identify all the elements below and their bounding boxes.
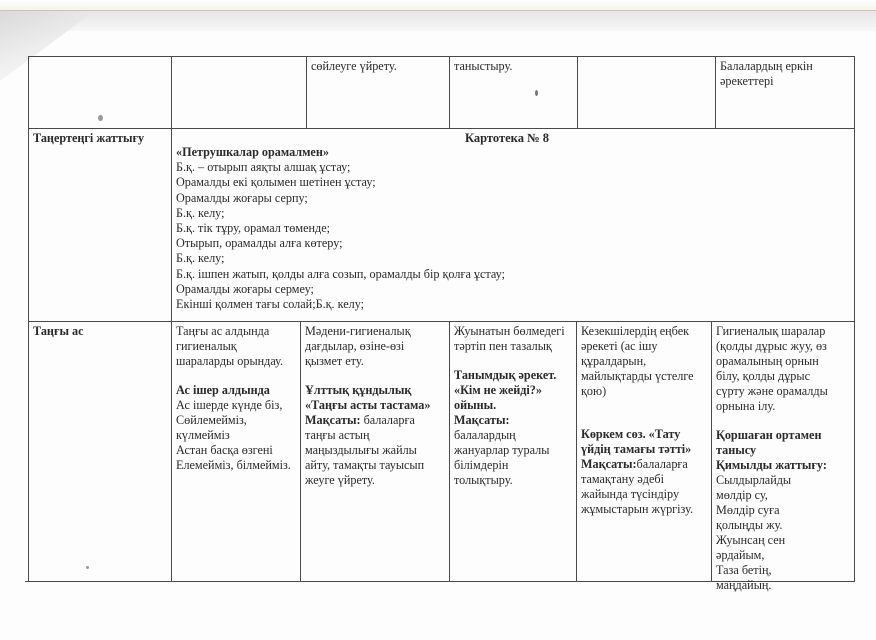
goal-text: балаларға	[361, 413, 415, 427]
breakfast-cell-duty: Кезекшілердің еңбекәрекеті (ас ішуқұралд…	[577, 322, 711, 519]
exercise-title: «Петрушкалар орамалмен»	[176, 145, 848, 160]
text-line: Астан басқа өзгені	[176, 443, 296, 458]
text-line: Сөйлемейміз,	[176, 413, 296, 428]
cell-text: таныстыру.	[454, 59, 512, 73]
text-line: үйдің тамағы тәтті»	[581, 442, 707, 457]
text-block: таңғы астыңмаңыздылығы жайлыайту, тамақт…	[305, 428, 445, 488]
text-line: тәртіп пен тазалық	[454, 339, 572, 354]
text-line: жануарлар туралы	[454, 443, 572, 458]
text-block: Ұлттық құндылық«Таңғы асты тастама»	[305, 383, 445, 413]
top-row-cell-6: Балалардың еркін әрекеттері	[716, 57, 854, 91]
row-label-breakfast: Таңғы ас	[29, 322, 169, 341]
text-line: Ұлттық құндылық	[305, 383, 445, 398]
text-block: Ас ішерде күнде біз,Сөйлемейміз,күлмеймі…	[176, 398, 296, 473]
text-line: Қимылды жаттығу:	[716, 458, 850, 473]
exercise-step: Б.қ. келу;	[176, 251, 848, 266]
text-line: Кезекшілердің еңбек	[581, 324, 707, 339]
exercise-steps: Б.қ. – отырып аяқты алшақ ұстау;Орамалды…	[176, 160, 848, 312]
text-line: жеуге үйрету.	[305, 473, 445, 488]
exercise-step: Б.қ. тік тұру, орамал төменде;	[176, 221, 848, 236]
goal-line: Мақсаты: балаларға	[305, 413, 445, 428]
breakfast-cell-hygiene: Таңғы ас алдындагигиеналықшараларды орын…	[172, 322, 300, 475]
text-block: Танымдық әрекет.«Кім не жейді?»ойыны.Мақ…	[454, 368, 572, 428]
text-line: Гигиеналық шаралар	[716, 324, 850, 339]
text-block: балалардыңжануарлар туралыбілімдерінтолы…	[454, 428, 572, 488]
text-line: күлмейміз	[176, 428, 296, 443]
page-fold-corner	[0, 11, 90, 81]
goal-label: Мақсаты:	[305, 413, 361, 427]
row-label: Таңертеңгі жаттығу	[33, 131, 144, 145]
text-line: мөлдір су,	[716, 488, 850, 503]
text-line: шараларды орындау.	[176, 354, 296, 369]
text-block: Жуынатын бөлмедегітәртіп пен тазалық	[454, 324, 572, 354]
scan-speck	[535, 90, 538, 96]
text-line: (қолды дұрыс жуу, өз	[716, 339, 850, 354]
text-line: «Таңғы асты тастама»	[305, 398, 445, 413]
text-line: Ас ішерде күнде біз,	[176, 398, 296, 413]
text-block: Көркем сөз. «Татуүйдің тамағы тәтті»	[581, 427, 707, 457]
text-line: Көркем сөз. «Тату	[581, 427, 707, 442]
text-line: тамақтану әдебі	[581, 472, 707, 487]
breakfast-cell-cognitive: Жуынатын бөлмедегітәртіп пен тазалық Тан…	[450, 322, 576, 490]
cell-line: Балалардың еркін	[720, 59, 850, 74]
text-line: әрдайым,	[716, 548, 850, 563]
text-line: Жуынсаң сен	[716, 533, 850, 548]
row-label-morning-exercise: Таңертеңгі жаттығу	[29, 129, 171, 148]
text-line: толықтыру.	[454, 473, 572, 488]
text-line: қою)	[581, 384, 707, 399]
text-line: орамалының орнын	[716, 354, 850, 369]
exercise-step: Орамалды жоғары сермеу;	[176, 282, 848, 297]
text-line: танысу	[716, 443, 850, 458]
text-line: Таңғы ас алдында	[176, 324, 296, 339]
text-line: Елемейміз, білмейміз.	[176, 458, 296, 473]
text-line: Танымдық әрекет.	[454, 368, 572, 383]
goal-text: балаларға	[637, 457, 688, 471]
text-block: Мәдени-гигиеналықдағдылар, өзіне-өзіқызм…	[305, 324, 445, 369]
top-row-cell-3: сөйлеуге үйрету.	[307, 57, 449, 76]
exercise-step: Отырып, орамалды алға көтеру;	[176, 236, 848, 251]
exercise-step: Б.қ. ішпен жатып, қолды алға созып, орам…	[176, 267, 848, 282]
text-line: білімдерін	[454, 458, 572, 473]
text-line: Мәдени-гигиеналық	[305, 324, 445, 339]
text-line: дағдылар, өзіне-өзі	[305, 339, 445, 354]
text-line: таңғы астың	[305, 428, 445, 443]
text-block: Сылдырлайдымөлдір су,Мөлдір суғақолыңды …	[716, 473, 850, 593]
text-line: білу, қолды дұрыс	[716, 369, 850, 384]
text-line: айту, тамақты тауысып	[305, 458, 445, 473]
exercise-step: Орамалды жоғары серпу;	[176, 191, 848, 206]
top-row-cell-4: таныстыру.	[450, 57, 577, 76]
text-line: қолыңды жу.	[716, 518, 850, 533]
breakfast-cell-environment: Гигиеналық шаралар(қолды дұрыс жуу, өзор…	[712, 322, 854, 595]
exercise-step: Екінші қолмен тағы солай;Б.қ. келу;	[176, 297, 848, 312]
goal-label: Мақсаты:	[581, 457, 637, 471]
goal-line: Мақсаты:балаларға	[581, 457, 707, 472]
text-line: құралдарын,	[581, 354, 707, 369]
exercise-description: «Петрушкалар орамалмен» Б.қ. – отырып ая…	[172, 143, 852, 314]
text-line: Қоршаған ортамен	[716, 428, 850, 443]
text-line: балалардың	[454, 428, 572, 443]
text-line: сүрту және орамалды	[716, 384, 850, 399]
text-line: Мақсаты:	[454, 413, 572, 428]
text-block: Кезекшілердің еңбекәрекеті (ас ішуқұралд…	[581, 324, 707, 399]
text-line: Таза бетің,	[716, 563, 850, 578]
text-block: тамақтану әдебіжайында түсіндіружұмыстар…	[581, 472, 707, 517]
text-line: жайында түсіндіру	[581, 487, 707, 502]
text-line: ойыны.	[454, 398, 572, 413]
text-line: қызмет ету.	[305, 354, 445, 369]
text-line: «Кім не жейді?»	[454, 383, 572, 398]
row-label: Таңғы ас	[33, 324, 84, 338]
scan-shadow	[0, 11, 876, 31]
exercise-step: Б.қ. – отырып аяқты алшақ ұстау;	[176, 160, 848, 175]
cell-line: әрекеттері	[720, 74, 850, 89]
text-line: орнына ілу.	[716, 399, 850, 414]
text-line: әрекеті (ас ішу	[581, 339, 707, 354]
text-line: Мөлдір суға	[716, 503, 850, 518]
exercise-step: Орамалды екі қолымен шетінен ұстау;	[176, 175, 848, 190]
text-line: маңдайың.	[716, 578, 850, 593]
exercise-step: Б.қ. келу;	[176, 206, 848, 221]
scan-speck	[86, 566, 89, 569]
text-block: Қоршаған ортаментанысуҚимылды жаттығу:	[716, 428, 850, 473]
scan-speck	[98, 115, 103, 121]
text-line: гигиеналық	[176, 339, 296, 354]
text-line: маңыздылығы жайлы	[305, 443, 445, 458]
scan-edge	[0, 0, 876, 11]
text-block: Таңғы ас алдындагигиеналықшараларды орын…	[176, 324, 296, 369]
text-line: майлықтарды үстелге	[581, 369, 707, 384]
text-line: Сылдырлайды	[716, 473, 850, 488]
text-line: Жуынатын бөлмедегі	[454, 324, 572, 339]
text-block: Гигиеналық шаралар(қолды дұрыс жуу, өзор…	[716, 324, 850, 414]
cell-text: сөйлеуге үйрету.	[311, 59, 397, 73]
text-line: жұмыстарын жүргізу.	[581, 502, 707, 517]
poem-title: Ас ішер алдында	[176, 383, 296, 398]
breakfast-cell-national-value: Мәдени-гигиеналықдағдылар, өзіне-өзіқызм…	[301, 322, 449, 490]
